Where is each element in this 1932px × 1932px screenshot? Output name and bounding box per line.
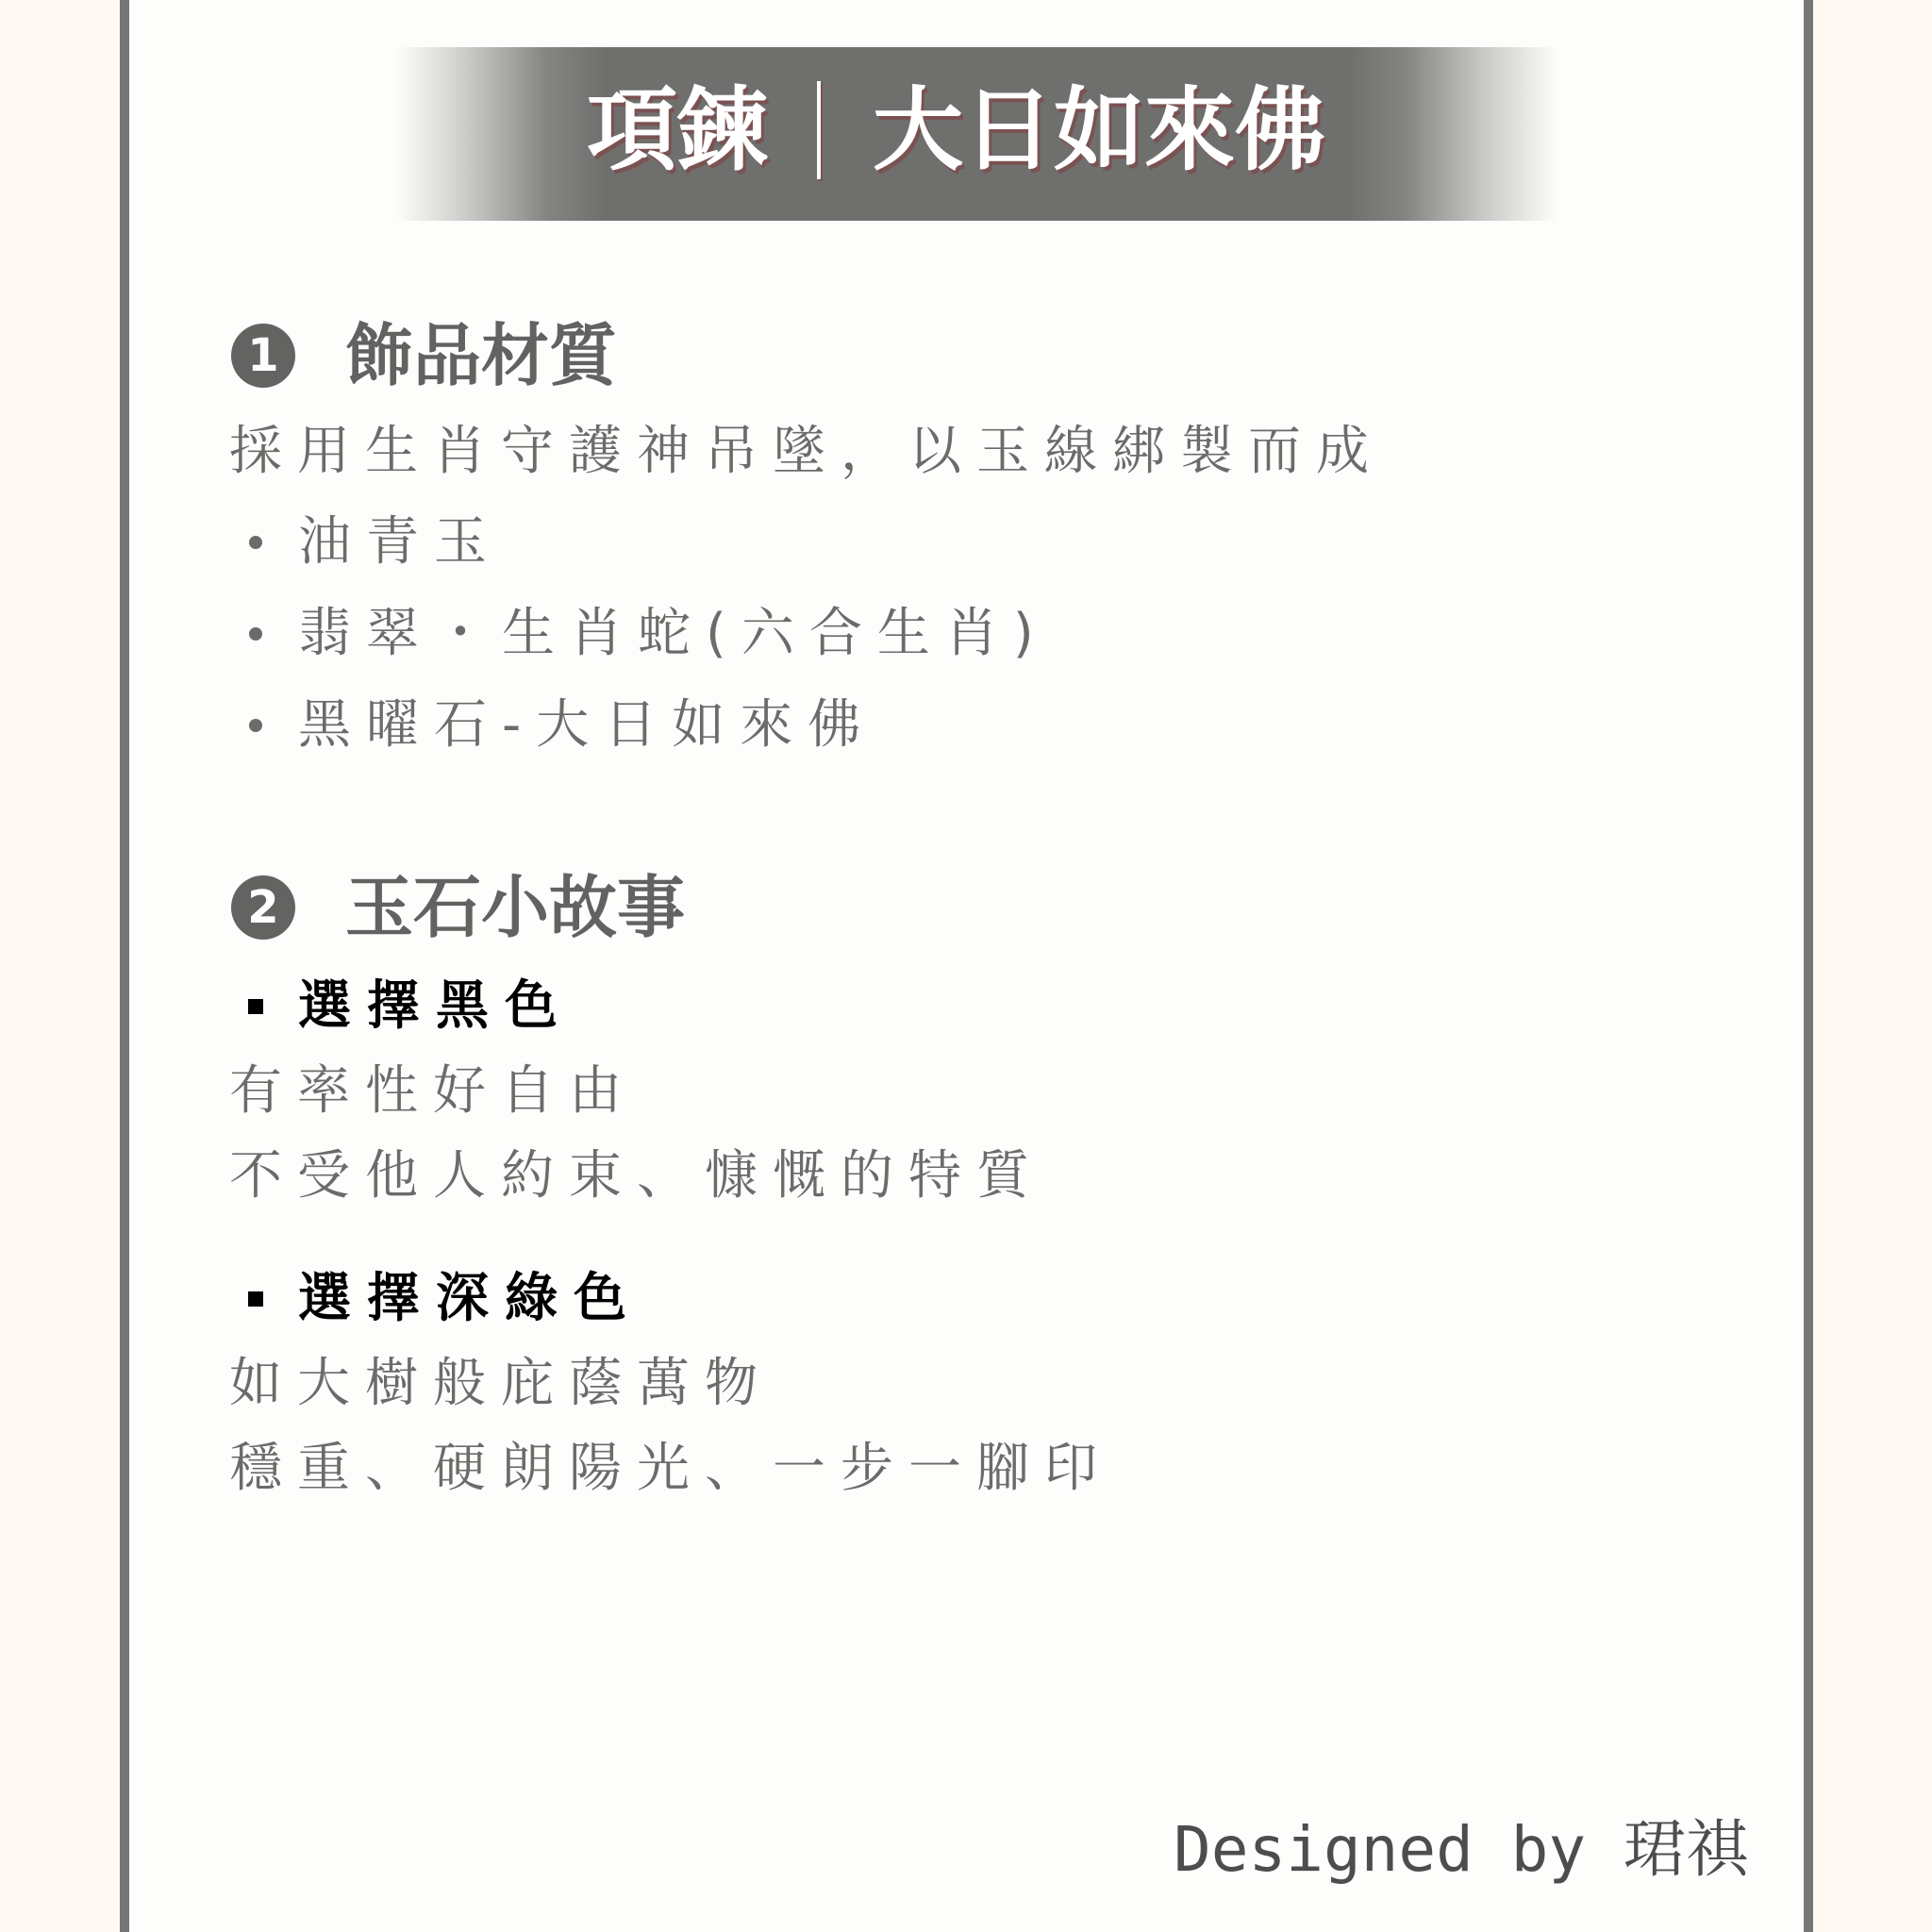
story-line: 不受他人約束、慷慨的特質 bbox=[229, 1150, 1044, 1203]
title-product: 大日如來佛 bbox=[873, 85, 1325, 175]
bullet-dot-icon bbox=[249, 719, 262, 732]
page-title: 項鍊 大日如來佛 bbox=[587, 74, 1325, 187]
number-badge-1: 1 bbox=[231, 324, 295, 388]
story-line: 有率性好自由 bbox=[229, 1065, 637, 1118]
story-line: 如大樹般庇蔭萬物 bbox=[229, 1357, 773, 1410]
list-item-text: 翡翠・生肖蛇(六合生肖) bbox=[298, 608, 1049, 660]
story-label-text: 選擇深綠色 bbox=[298, 1273, 642, 1325]
designer-signature: Designed by 珺祺 bbox=[1174, 1819, 1748, 1881]
list-item-text: 黑曜石-大日如來佛 bbox=[298, 699, 875, 752]
square-bullet-icon bbox=[248, 999, 263, 1014]
content-panel bbox=[120, 0, 1813, 1932]
section-title: 玉石小故事 bbox=[345, 874, 685, 941]
section-title: 飾品材質 bbox=[345, 322, 617, 390]
story-label-text: 選擇黑色 bbox=[298, 980, 574, 1033]
title-separator bbox=[817, 81, 821, 179]
title-category: 項鍊 bbox=[587, 85, 768, 175]
square-bullet-icon bbox=[248, 1291, 263, 1307]
list-item-text: 油青玉 bbox=[298, 516, 502, 569]
story-label-black: 選擇黑色 bbox=[248, 979, 574, 1034]
number-badge-2: 2 bbox=[231, 875, 295, 940]
materials-intro: 採用生肖守護神吊墜，以玉線綁製而成 bbox=[229, 425, 1384, 478]
list-item: 油青玉 bbox=[249, 515, 502, 570]
bullet-dot-icon bbox=[249, 536, 262, 549]
bullet-dot-icon bbox=[249, 627, 262, 641]
list-item: 黑曜石-大日如來佛 bbox=[249, 698, 875, 753]
section-heading-materials: 1 飾品材質 bbox=[231, 322, 617, 390]
list-item: 翡翠・生肖蛇(六合生肖) bbox=[249, 607, 1049, 661]
section-heading-stories: 2 玉石小故事 bbox=[231, 874, 685, 941]
story-label-dark-green: 選擇深綠色 bbox=[248, 1272, 642, 1326]
story-line: 穩重、硬朗陽光、一步一腳印 bbox=[229, 1442, 1112, 1495]
